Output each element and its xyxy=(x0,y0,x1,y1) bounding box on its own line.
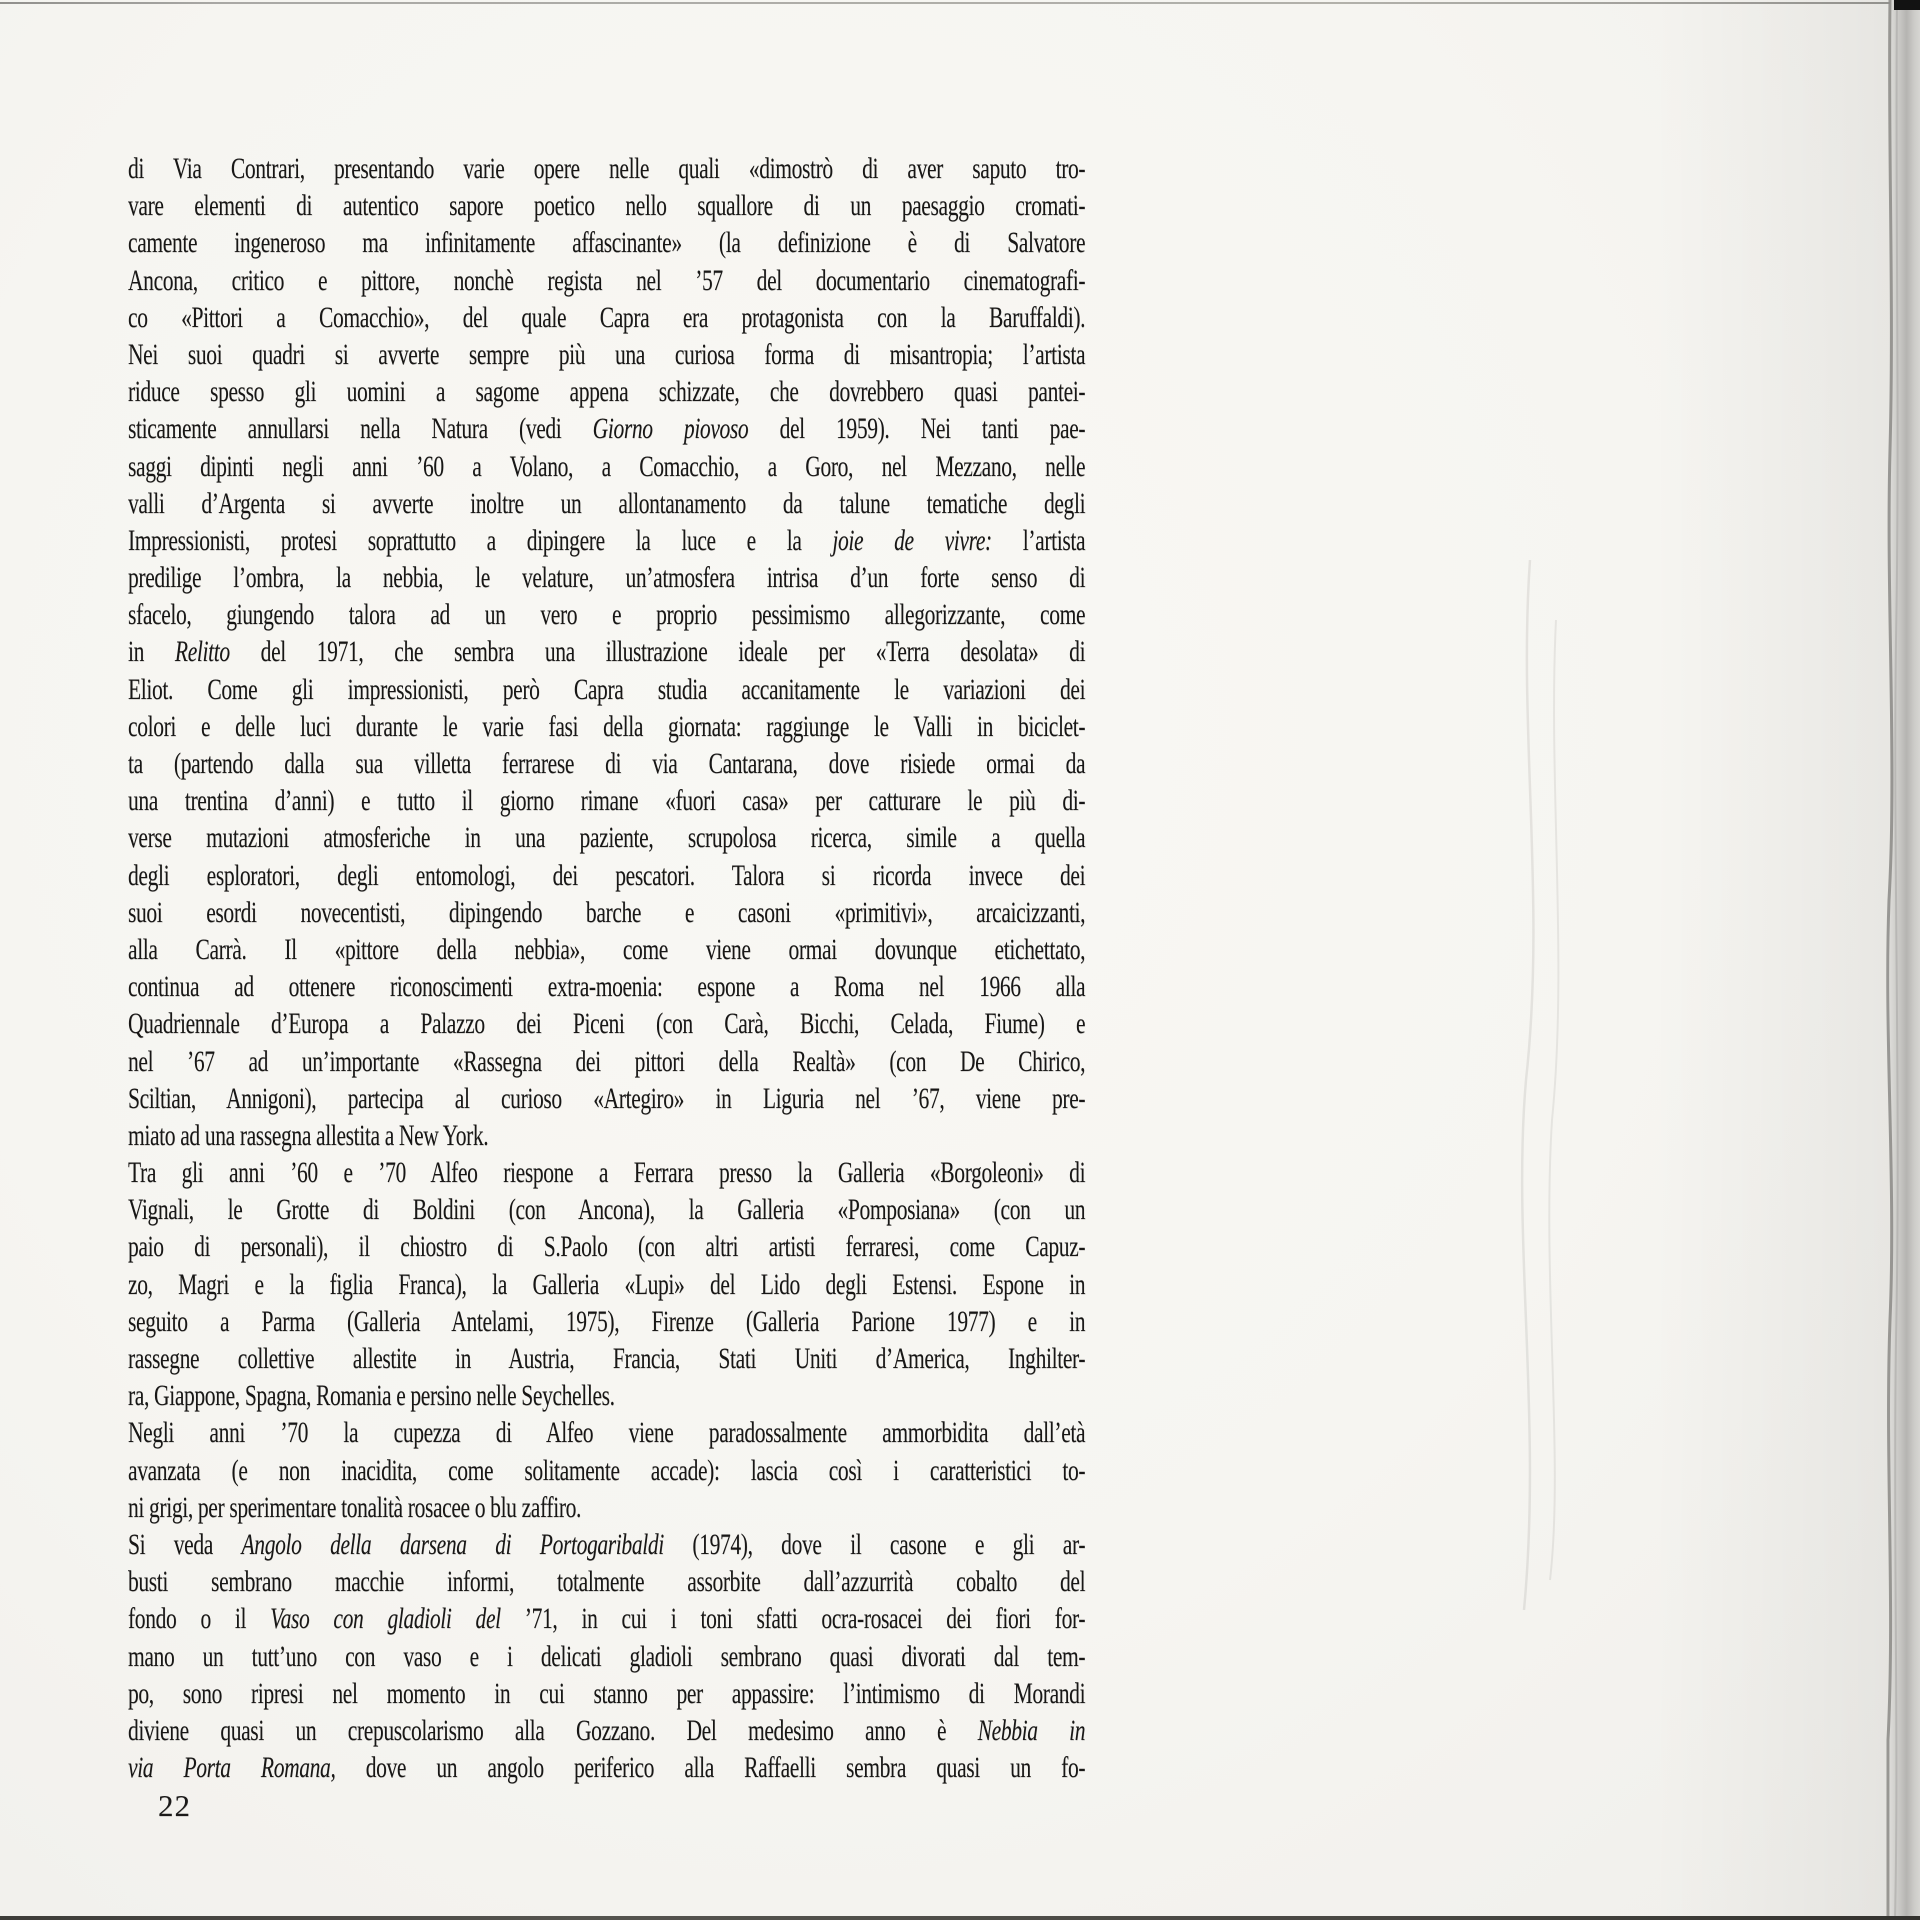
scan-top-edge-line xyxy=(0,2,1920,4)
page-number: 22 xyxy=(158,1788,191,1824)
italic-text-segment: Giorno piovoso xyxy=(593,412,749,445)
text-line: alla Carrà. Il «pittore della nebbia», c… xyxy=(128,931,1085,968)
text-segment: nel ’67 ad un’importante «Rassegna dei p… xyxy=(128,1045,1085,1078)
text-line: sfacelo, giungendo talora ad un vero e p… xyxy=(128,596,1085,633)
text-segment: riduce spesso gli uomini a sagome appena… xyxy=(128,375,1085,408)
text-line: Si veda Angolo della darsena di Portogar… xyxy=(128,1526,1085,1563)
text-segment: verse mutazioni atmosferiche in una pazi… xyxy=(128,821,1085,854)
scanned-book-page: { "document": { "page_number": "22", "li… xyxy=(0,0,1920,1920)
text-line: avanzata (e non inacidita, come solitame… xyxy=(128,1452,1085,1489)
text-segment: dove un angolo periferico alla Raffaelli… xyxy=(335,1751,1085,1784)
text-line: sticamente annullarsi nella Natura (vedi… xyxy=(128,410,1085,447)
text-line: saggi dipinti negli anni ’60 a Volano, a… xyxy=(128,448,1085,485)
text-segment: Quadriennale d’Europa a Palazzo dei Pice… xyxy=(128,1007,1085,1040)
text-segment: rassegne collettive allestite in Austria… xyxy=(128,1342,1085,1375)
text-line: seguito a Parma (Galleria Antelami, 1975… xyxy=(128,1303,1085,1340)
text-line: riduce spesso gli uomini a sagome appena… xyxy=(128,373,1085,410)
scanner-corner-mark xyxy=(1894,0,1920,10)
text-line: ni grigi, per sperimentare tonalità rosa… xyxy=(128,1489,1085,1526)
text-segment: ’71, in cui i toni sfatti ocra-rosacei d… xyxy=(501,1602,1085,1635)
text-line: suoi esordi novecentisti, dipingendo bar… xyxy=(128,894,1085,931)
text-line: ra, Giappone, Spagna, Romania e persino … xyxy=(128,1377,1085,1414)
text-segment: in xyxy=(128,635,175,668)
text-line: predilige l’ombra, la nebbia, le velatur… xyxy=(128,559,1085,596)
text-segment: Negli anni ’70 la cupezza di Alfeo viene… xyxy=(128,1416,1085,1449)
text-line: una trentina d’anni) e tutto il giorno r… xyxy=(128,782,1085,819)
scan-bottom-edge-line xyxy=(0,1916,1920,1920)
text-segment: mano un tutt’uno con vaso e i delicati g… xyxy=(128,1640,1085,1673)
text-line: verse mutazioni atmosferiche in una pazi… xyxy=(128,819,1085,856)
text-line: Ancona, critico e pittore, nonchè regist… xyxy=(128,262,1085,299)
text-line: nel ’67 ad un’importante «Rassegna dei p… xyxy=(128,1043,1085,1080)
text-line: vare elementi di autentico sapore poetic… xyxy=(128,187,1085,224)
text-segment: Ancona, critico e pittore, nonchè regist… xyxy=(128,264,1085,297)
text-line: rassegne collettive allestite in Austria… xyxy=(128,1340,1085,1377)
text-segment: fondo o il xyxy=(128,1602,270,1635)
text-line: in Relitto del 1971, che sembra una illu… xyxy=(128,633,1085,670)
text-segment: po, sono ripresi nel momento in cui stan… xyxy=(128,1677,1085,1710)
text-segment: ra, Giappone, Spagna, Romania e persino … xyxy=(128,1379,615,1412)
text-segment: degli esploratori, degli entomologi, dei… xyxy=(128,859,1085,892)
text-segment: zo, Magri e la figlia Franca), la Galler… xyxy=(128,1268,1085,1301)
text-line: mano un tutt’uno con vaso e i delicati g… xyxy=(128,1638,1085,1675)
text-segment: (1974), dove il casone e gli ar- xyxy=(664,1528,1085,1561)
text-segment: Tra gli anni ’60 e ’70 Alfeo riespone a … xyxy=(128,1156,1085,1189)
page-crease xyxy=(1460,560,1600,1610)
text-segment: paio di personali), il chiostro di S.Pao… xyxy=(128,1230,1085,1263)
text-segment: predilige l’ombra, la nebbia, le velatur… xyxy=(128,561,1085,594)
text-segment: Si veda xyxy=(128,1528,242,1561)
text-segment: Vignali, le Grotte di Boldini (con Ancon… xyxy=(128,1193,1085,1226)
text-segment: suoi esordi novecentisti, dipingendo bar… xyxy=(128,896,1085,929)
text-segment: camente ingeneroso ma infinitamente affa… xyxy=(128,226,1085,259)
text-line: diviene quasi un crepuscolarismo alla Go… xyxy=(128,1712,1085,1749)
text-segment: saggi dipinti negli anni ’60 a Volano, a… xyxy=(128,450,1085,483)
text-line: Impressionisti, protesi soprattutto a di… xyxy=(128,522,1085,559)
text-segment: co «Pittori a Comacchio», del quale Capr… xyxy=(128,301,1085,334)
text-line: camente ingeneroso ma infinitamente affa… xyxy=(128,224,1085,261)
text-segment: sticamente annullarsi nella Natura (vedi xyxy=(128,412,593,445)
text-segment: Eliot. Come gli impressionisti, però Cap… xyxy=(128,673,1085,706)
text-segment: miato ad una rassegna allestita a New Yo… xyxy=(128,1119,488,1152)
text-segment: alla Carrà. Il «pittore della nebbia», c… xyxy=(128,933,1085,966)
text-line: colori e delle luci durante le varie fas… xyxy=(128,708,1085,745)
text-segment: l’artista xyxy=(992,524,1085,557)
text-segment: colori e delle luci durante le varie fas… xyxy=(128,710,1085,743)
text-line: continua ad ottenere riconoscimenti extr… xyxy=(128,968,1085,1005)
text-segment: del 1971, che sembra una illustrazione i… xyxy=(230,635,1085,668)
text-segment: una trentina d’anni) e tutto il giorno r… xyxy=(128,784,1085,817)
text-line: Eliot. Come gli impressionisti, però Cap… xyxy=(128,671,1085,708)
text-line: Nei suoi quadri si avverte sempre più un… xyxy=(128,336,1085,373)
italic-text-segment: Relitto xyxy=(175,635,230,668)
text-segment: diviene quasi un crepuscolarismo alla Go… xyxy=(128,1714,978,1747)
text-line: fondo o il Vaso con gladioli del ’71, in… xyxy=(128,1600,1085,1637)
text-line: paio di personali), il chiostro di S.Pao… xyxy=(128,1228,1085,1265)
page-text: di Via Contrari, presentando varie opere… xyxy=(128,150,1463,1786)
text-segment: avanzata (e non inacidita, come solitame… xyxy=(128,1454,1085,1487)
text-segment: Sciltian, Annigoni), partecipa al curios… xyxy=(128,1082,1085,1115)
text-segment: del 1959). Nei tanti pae- xyxy=(748,412,1085,445)
text-line: ta (partendo dalla sua villetta ferrares… xyxy=(128,745,1085,782)
text-line: zo, Magri e la figlia Franca), la Galler… xyxy=(128,1266,1085,1303)
text-segment: continua ad ottenere riconoscimenti extr… xyxy=(128,970,1085,1003)
text-line: Tra gli anni ’60 e ’70 Alfeo riespone a … xyxy=(128,1154,1085,1191)
text-line: miato ad una rassegna allestita a New Yo… xyxy=(128,1117,1085,1154)
text-line: via Porta Romana, dove un angolo perifer… xyxy=(128,1749,1085,1786)
text-line: valli d’Argenta si avverte inoltre un al… xyxy=(128,485,1085,522)
italic-text-segment: Vaso con gladioli del xyxy=(270,1602,501,1635)
text-line: po, sono ripresi nel momento in cui stan… xyxy=(128,1675,1085,1712)
text-line: co «Pittori a Comacchio», del quale Capr… xyxy=(128,299,1085,336)
text-segment: seguito a Parma (Galleria Antelami, 1975… xyxy=(128,1305,1085,1338)
page-edge-curve xyxy=(1874,0,1920,1920)
italic-text-segment: via Porta Romana, xyxy=(128,1751,335,1784)
text-segment: Nei suoi quadri si avverte sempre più un… xyxy=(128,338,1085,371)
text-segment: ni grigi, per sperimentare tonalità rosa… xyxy=(128,1491,581,1524)
text-segment: vare elementi di autentico sapore poetic… xyxy=(128,189,1085,222)
italic-text-segment: Nebbia in xyxy=(978,1714,1086,1747)
text-line: degli esploratori, degli entomologi, dei… xyxy=(128,857,1085,894)
text-segment: sfacelo, giungendo talora ad un vero e p… xyxy=(128,598,1085,631)
italic-text-segment: Angolo della darsena di Portogaribaldi xyxy=(242,1528,664,1561)
text-line: busti sembrano macchie informi, totalmen… xyxy=(128,1563,1085,1600)
text-segment: di Via Contrari, presentando varie opere… xyxy=(128,152,1085,185)
text-line: di Via Contrari, presentando varie opere… xyxy=(128,150,1085,187)
italic-text-segment: joie de vivre: xyxy=(832,524,991,557)
text-segment: valli d’Argenta si avverte inoltre un al… xyxy=(128,487,1085,520)
text-segment: ta (partendo dalla sua villetta ferrares… xyxy=(128,747,1085,780)
text-segment: Impressionisti, protesi soprattutto a di… xyxy=(128,524,832,557)
text-line: Vignali, le Grotte di Boldini (con Ancon… xyxy=(128,1191,1085,1228)
text-line: Sciltian, Annigoni), partecipa al curios… xyxy=(128,1080,1085,1117)
text-line: Quadriennale d’Europa a Palazzo dei Pice… xyxy=(128,1005,1085,1042)
text-segment: busti sembrano macchie informi, totalmen… xyxy=(128,1565,1085,1598)
text-line: Negli anni ’70 la cupezza di Alfeo viene… xyxy=(128,1414,1085,1451)
